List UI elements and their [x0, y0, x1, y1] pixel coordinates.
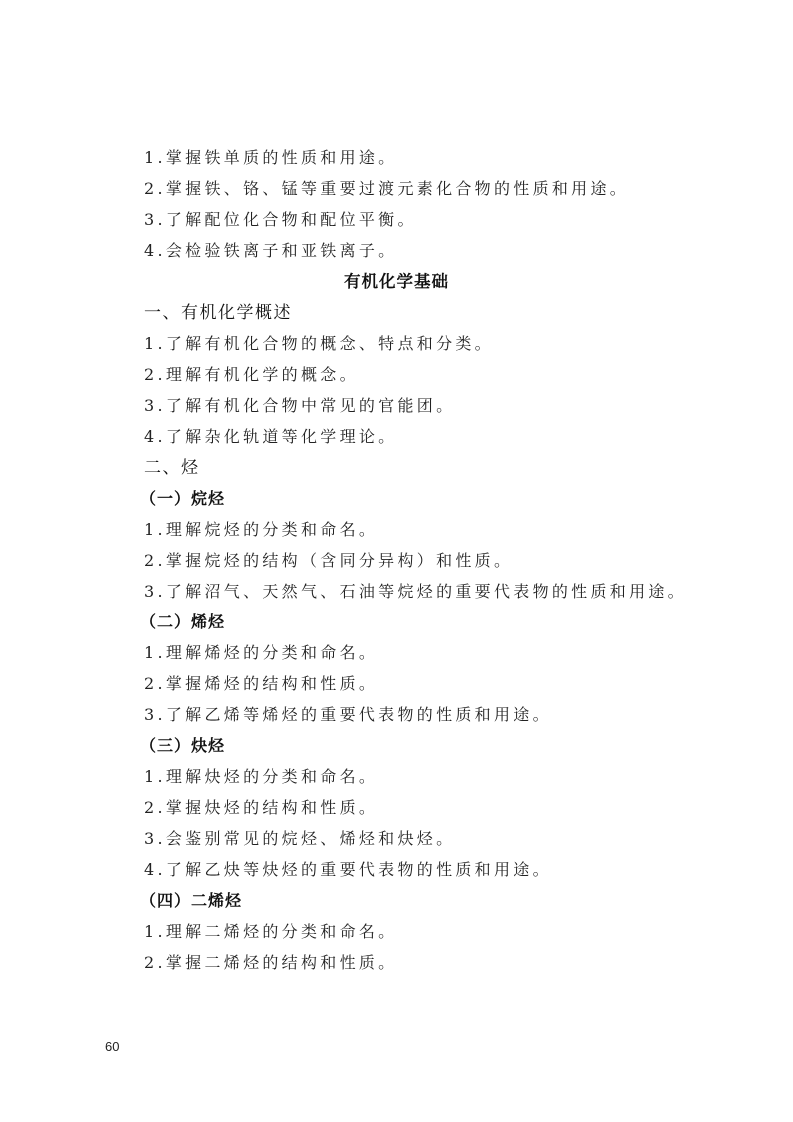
- page-title: 有机化学基础: [0, 272, 793, 292]
- list-item: 4.了解乙炔等炔烃的重要代表物的性质和用途。: [144, 860, 552, 880]
- list-item: 3.了解有机化合物中常见的官能团。: [144, 396, 455, 416]
- subsection-heading: （三）炔烃: [140, 736, 225, 756]
- list-item: 3.了解乙烯等烯烃的重要代表物的性质和用途。: [144, 705, 552, 725]
- document-page: 1.掌握铁单质的性质和用途。 2.掌握铁、铬、锰等重要过渡元素化合物的性质和用途…: [0, 0, 793, 1122]
- list-item: 2.掌握二烯烃的结构和性质。: [144, 953, 397, 973]
- list-item: 2.掌握炔烃的结构和性质。: [144, 798, 378, 818]
- list-item: 2.掌握烷烃的结构（含同分异构）和性质。: [144, 551, 513, 571]
- subsection-heading: （四）二烯烃: [140, 891, 242, 911]
- list-item: 4.会检验铁离子和亚铁离子。: [144, 241, 397, 261]
- list-item: 2.掌握烯烃的结构和性质。: [144, 674, 378, 694]
- subsection-heading: （二）烯烃: [140, 612, 225, 632]
- list-item: 1.理解烷烃的分类和命名。: [144, 520, 378, 540]
- list-item: 1.理解炔烃的分类和命名。: [144, 767, 378, 787]
- list-item: 3.了解配位化合物和配位平衡。: [144, 210, 417, 230]
- list-item: 3.会鉴别常见的烷烃、烯烃和炔烃。: [144, 829, 455, 849]
- section-heading: 二、烃: [144, 458, 200, 478]
- page-number: 60: [105, 1039, 119, 1054]
- list-item: 2.理解有机化学的概念。: [144, 365, 359, 385]
- section-heading: 一、有机化学概述: [144, 303, 292, 323]
- list-item: 3.了解沼气、天然气、石油等烷烃的重要代表物的性质和用途。: [144, 582, 687, 602]
- list-item: 1.理解烯烃的分类和命名。: [144, 643, 378, 663]
- list-item: 1.了解有机化合物的概念、特点和分类。: [144, 334, 494, 354]
- subsection-heading: （一）烷烃: [140, 489, 225, 509]
- list-item: 2.掌握铁、铬、锰等重要过渡元素化合物的性质和用途。: [144, 179, 629, 199]
- list-item: 1.理解二烯烃的分类和命名。: [144, 922, 397, 942]
- list-item: 1.掌握铁单质的性质和用途。: [144, 148, 397, 168]
- list-item: 4.了解杂化轨道等化学理论。: [144, 427, 397, 447]
